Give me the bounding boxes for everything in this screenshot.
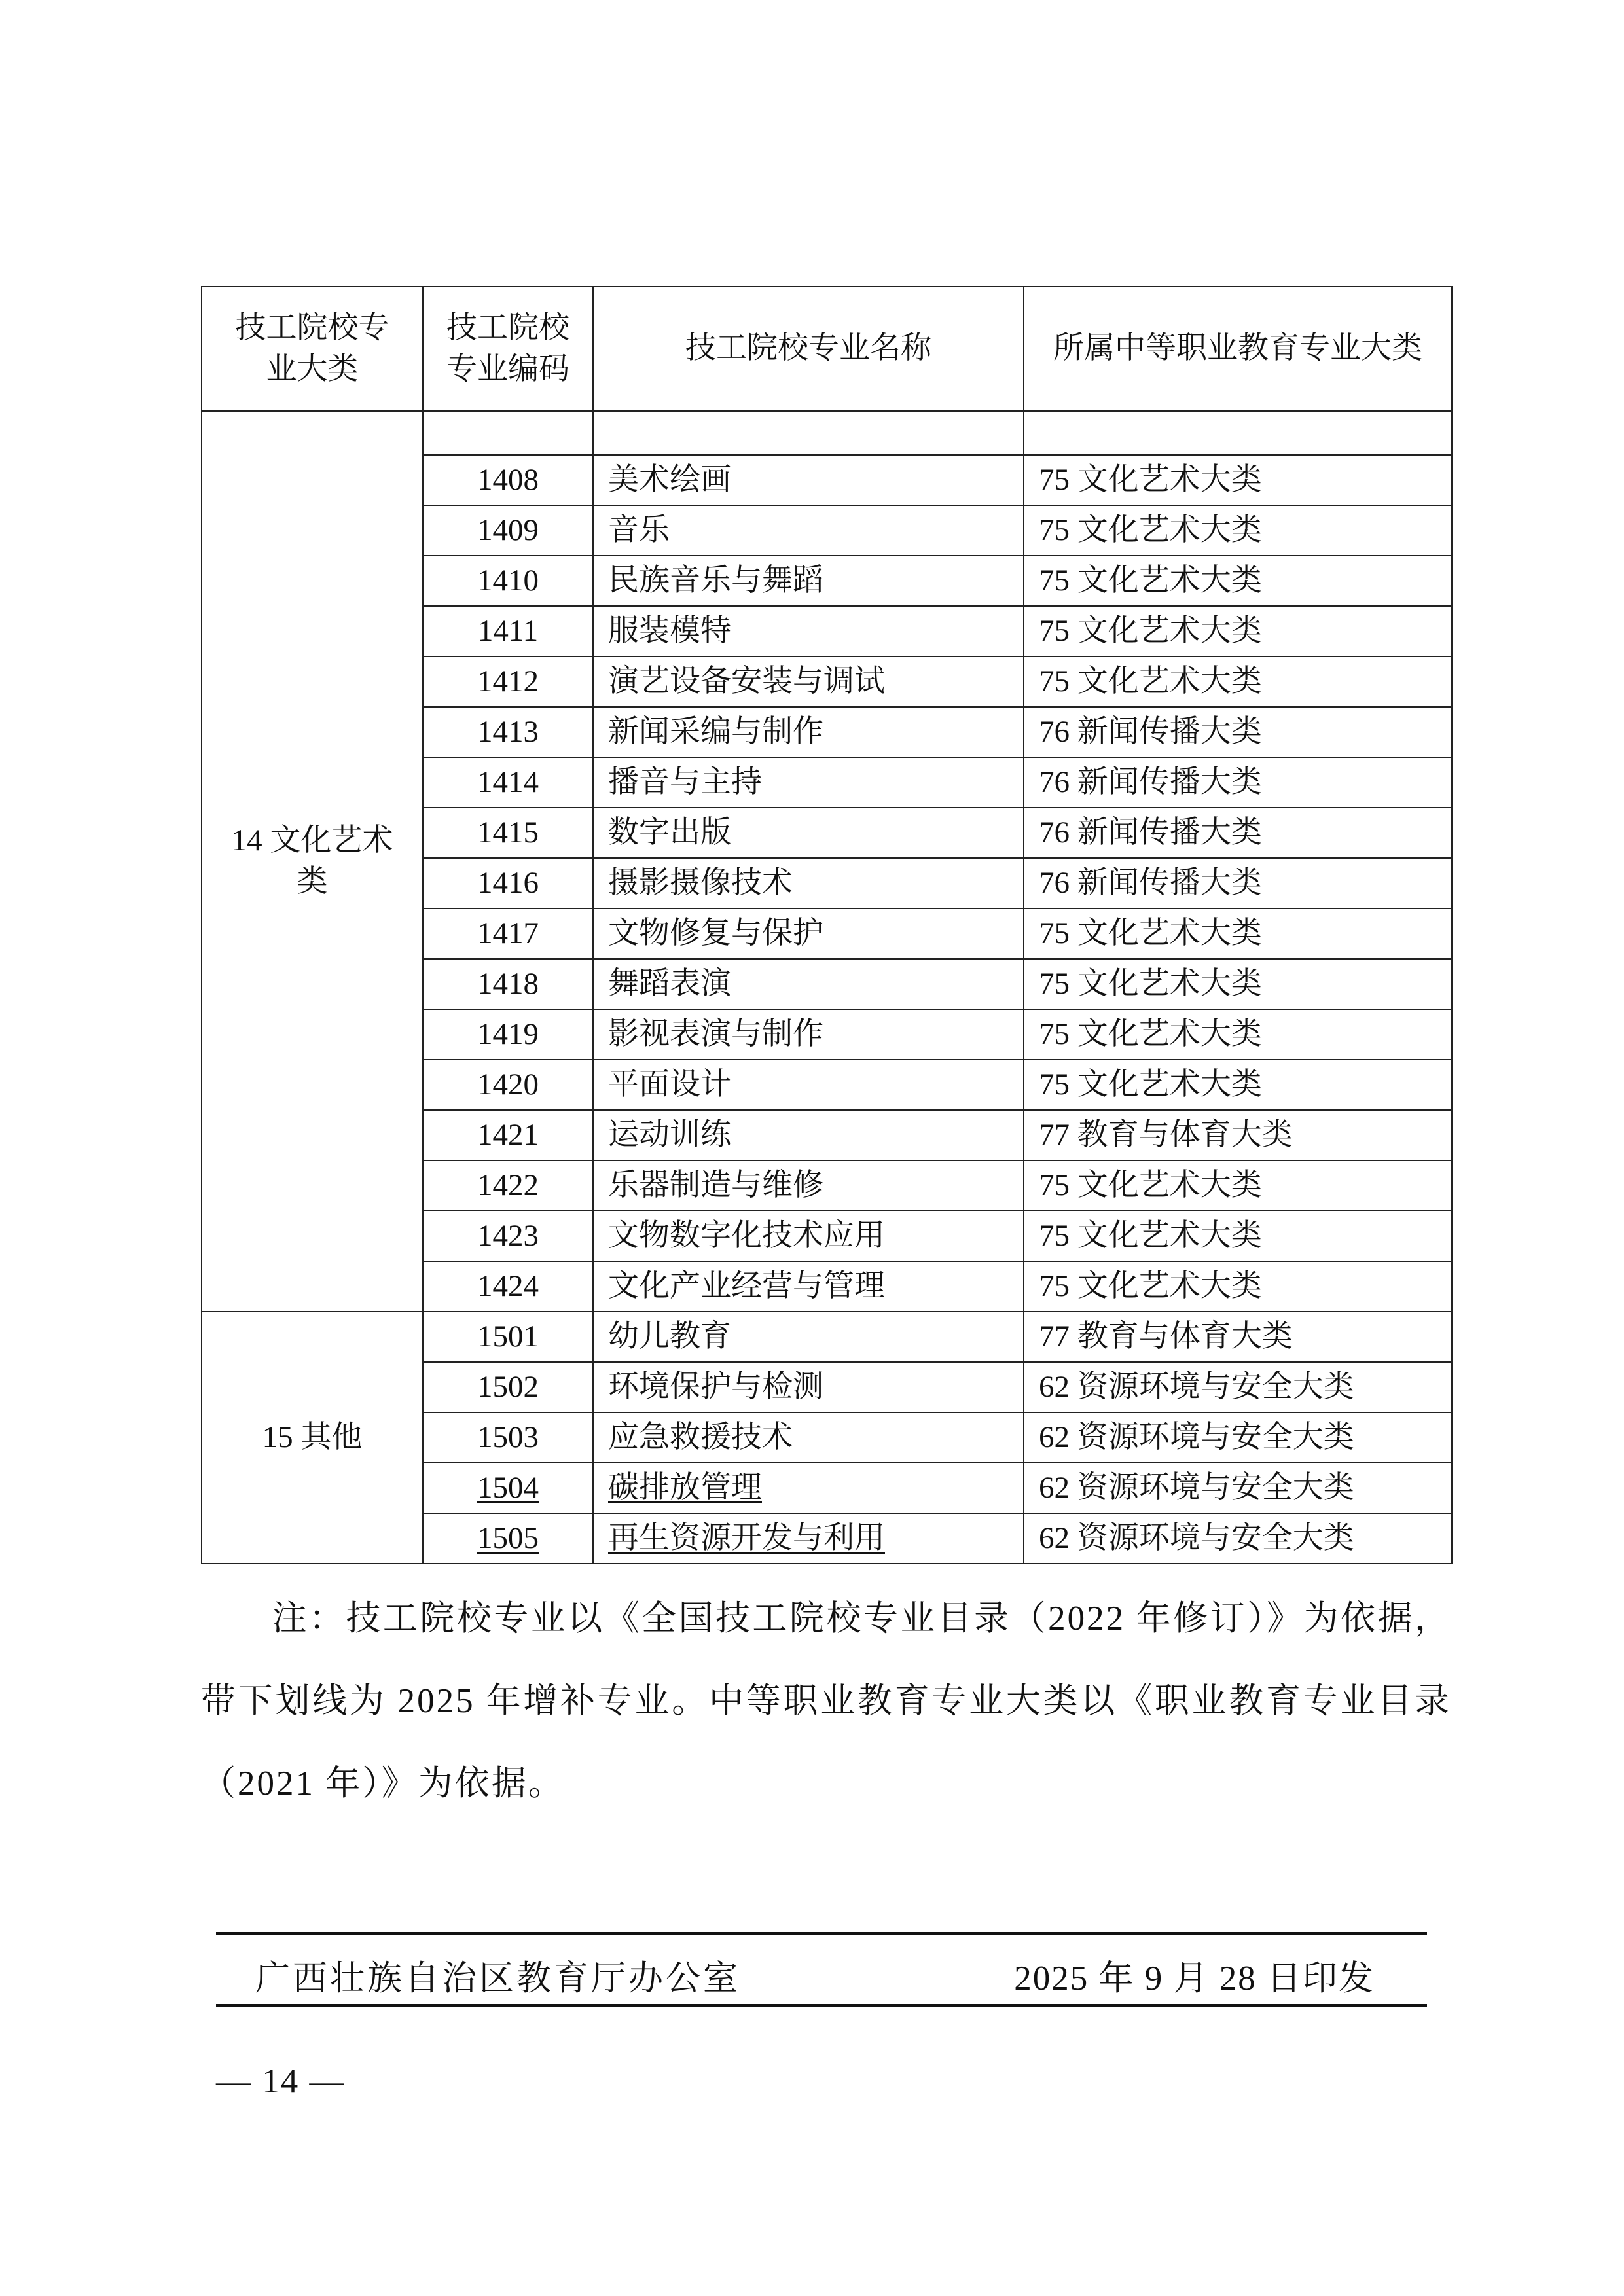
name-cell: 演艺设备安装与调试: [593, 656, 1024, 707]
issuing-organization: 广西壮族自治区教育厅办公室: [255, 1950, 740, 2000]
code-cell: 1423: [423, 1211, 593, 1261]
group-label: 15 其他: [221, 1417, 404, 1458]
name-cell: 乐器制造与维修: [593, 1160, 1024, 1211]
name-text: 幼儿教育: [608, 1319, 731, 1354]
majors-table: 技工院校专业大类 技工院校专业编码 技工院校专业名称 所属中等职业教育专业大类 …: [201, 286, 1453, 1564]
name-text: 应急救援技术: [608, 1420, 793, 1454]
category-text: 75 文化艺术大类: [1039, 1219, 1262, 1253]
category-text: 75 文化艺术大类: [1039, 664, 1262, 698]
footer-bottom-rule: [216, 2004, 1427, 2007]
name-text: 音乐: [608, 513, 670, 547]
category-cell: 75 文化艺术大类: [1024, 505, 1452, 556]
category-text: 76 新闻传播大类: [1039, 816, 1262, 850]
category-text: 62 资源环境与安全大类: [1039, 1471, 1354, 1505]
category-cell: 62 资源环境与安全大类: [1024, 1463, 1452, 1513]
code-text: 1419: [477, 1017, 539, 1051]
category-text: 75 文化艺术大类: [1039, 1269, 1262, 1303]
page-number: — 14 —: [216, 2062, 346, 2101]
code-text: 1417: [477, 916, 539, 950]
name-cell: 新闻采编与制作: [593, 707, 1024, 757]
header-code: 技工院校专业编码: [423, 287, 593, 411]
name-text: 新闻采编与制作: [608, 715, 823, 749]
table-header-row: 技工院校专业大类 技工院校专业编码 技工院校专业名称 所属中等职业教育专业大类: [202, 287, 1452, 411]
print-footer: 广西壮族自治区教育厅办公室 2025 年 9 月 28 日印发: [216, 1937, 1427, 2003]
code-text: 1504: [477, 1471, 539, 1505]
category-text: 75 文化艺术大类: [1039, 564, 1262, 598]
code-text: 1410: [477, 564, 539, 598]
group-cell: 15 其他: [202, 1312, 423, 1564]
name-cell: 摄影摄像技术: [593, 858, 1024, 908]
code-cell: 1412: [423, 656, 593, 707]
category-cell: 75 文化艺术大类: [1024, 1009, 1452, 1060]
code-text: 1412: [477, 664, 539, 698]
category-text: 77 教育与体育大类: [1039, 1118, 1293, 1152]
code-cell: 1416: [423, 858, 593, 908]
category-text: 75 文化艺术大类: [1039, 1168, 1262, 1202]
code-text: 1501: [477, 1319, 539, 1354]
name-cell: 应急救援技术: [593, 1412, 1024, 1463]
category-text: 75 文化艺术大类: [1039, 1067, 1262, 1102]
code-cell: 1410: [423, 556, 593, 606]
category-cell: 62 资源环境与安全大类: [1024, 1412, 1452, 1463]
code-cell: 1413: [423, 707, 593, 757]
category-cell: 62 资源环境与安全大类: [1024, 1513, 1452, 1564]
category-cell: 75 文化艺术大类: [1024, 959, 1452, 1009]
name-cell: 影视表演与制作: [593, 1009, 1024, 1060]
name-cell: 再生资源开发与利用: [593, 1513, 1024, 1564]
category-text: 62 资源环境与安全大类: [1039, 1370, 1354, 1404]
header-category: 所属中等职业教育专业大类: [1024, 287, 1452, 411]
code-text: 1411: [478, 614, 538, 648]
code-cell: 1419: [423, 1009, 593, 1060]
code-cell: 1420: [423, 1060, 593, 1110]
name-cell: 文化产业经营与管理: [593, 1261, 1024, 1312]
name-text: 演艺设备安装与调试: [608, 664, 885, 698]
code-text: 1505: [477, 1521, 539, 1555]
code-text: 1414: [477, 765, 539, 799]
name-cell: 数字出版: [593, 808, 1024, 858]
name-text: 环境保护与检测: [608, 1370, 823, 1404]
name-text: 文物修复与保护: [608, 916, 823, 950]
code-cell: 1505: [423, 1513, 593, 1564]
code-text: 1416: [477, 866, 539, 900]
name-text: 运动训练: [608, 1118, 731, 1152]
code-text: 1418: [477, 967, 539, 1001]
name-cell: 舞蹈表演: [593, 959, 1024, 1009]
name-text: 再生资源开发与利用: [608, 1521, 885, 1555]
category-text: 77 教育与体育大类: [1039, 1319, 1293, 1354]
code-text: 1408: [477, 463, 539, 497]
category-cell: 75 文化艺术大类: [1024, 1261, 1452, 1312]
code-text: 1502: [477, 1370, 539, 1404]
name-cell: 美术绘画: [593, 455, 1024, 505]
name-text: 服装模特: [608, 614, 731, 648]
name-cell: 音乐: [593, 505, 1024, 556]
name-cell: 平面设计: [593, 1060, 1024, 1110]
code-cell: 1414: [423, 757, 593, 808]
code-cell: 1504: [423, 1463, 593, 1513]
code-cell: 1502: [423, 1362, 593, 1412]
name-cell: 碳排放管理: [593, 1463, 1024, 1513]
category-text: 76 新闻传播大类: [1039, 765, 1262, 799]
code-cell: 1422: [423, 1160, 593, 1211]
category-text: 75 文化艺术大类: [1039, 967, 1262, 1001]
category-cell: 75 文化艺术大类: [1024, 1160, 1452, 1211]
category-cell: 76 新闻传播大类: [1024, 808, 1452, 858]
category-cell: 75 文化艺术大类: [1024, 556, 1452, 606]
category-text: 75 文化艺术大类: [1039, 513, 1262, 547]
name-text: 数字出版: [608, 816, 731, 850]
category-cell: 75 文化艺术大类: [1024, 606, 1452, 656]
code-cell: 1415: [423, 808, 593, 858]
table-row: 14 文化艺术类: [202, 411, 1452, 455]
footer-top-rule: [216, 1932, 1427, 1935]
group-label: 14 文化艺术类: [221, 820, 404, 903]
header-group: 技工院校专业大类: [202, 287, 423, 411]
code-text: 1420: [477, 1067, 539, 1102]
category-text: 76 新闻传播大类: [1039, 866, 1262, 900]
name-cell: [593, 411, 1024, 455]
name-text: 影视表演与制作: [608, 1017, 823, 1051]
table-body: 14 文化艺术类1408美术绘画75 文化艺术大类1409音乐75 文化艺术大类…: [202, 411, 1452, 1564]
code-text: 1424: [477, 1269, 539, 1303]
category-text: 76 新闻传播大类: [1039, 715, 1262, 749]
code-cell: 1417: [423, 908, 593, 959]
code-cell: 1411: [423, 606, 593, 656]
category-text: 75 文化艺术大类: [1039, 614, 1262, 648]
name-cell: 运动训练: [593, 1110, 1024, 1160]
group-cell: 14 文化艺术类: [202, 411, 423, 1312]
code-cell: 1418: [423, 959, 593, 1009]
category-cell: 75 文化艺术大类: [1024, 656, 1452, 707]
category-cell: [1024, 411, 1452, 455]
name-text: 平面设计: [608, 1067, 731, 1102]
name-cell: 播音与主持: [593, 757, 1024, 808]
code-text: 1503: [477, 1420, 539, 1454]
name-text: 文物数字化技术应用: [608, 1219, 885, 1253]
name-cell: 民族音乐与舞蹈: [593, 556, 1024, 606]
code-text: 1422: [477, 1168, 539, 1202]
name-text: 文化产业经营与管理: [608, 1269, 885, 1303]
name-text: 舞蹈表演: [608, 967, 731, 1001]
name-text: 民族音乐与舞蹈: [608, 564, 823, 598]
category-cell: 75 文化艺术大类: [1024, 1060, 1452, 1110]
category-cell: 62 资源环境与安全大类: [1024, 1362, 1452, 1412]
name-text: 播音与主持: [608, 765, 762, 799]
category-text: 75 文化艺术大类: [1039, 463, 1262, 497]
header-name: 技工院校专业名称: [593, 287, 1024, 411]
code-cell: 1501: [423, 1312, 593, 1362]
name-cell: 文物数字化技术应用: [593, 1211, 1024, 1261]
print-date: 2025 年 9 月 28 日印发: [1014, 1950, 1375, 2000]
category-text: 75 文化艺术大类: [1039, 1017, 1262, 1051]
code-cell: 1409: [423, 505, 593, 556]
code-text: 1421: [477, 1118, 539, 1152]
name-text: 摄影摄像技术: [608, 866, 793, 900]
code-text: 1423: [477, 1219, 539, 1253]
code-text: 1415: [477, 816, 539, 850]
name-text: 碳排放管理: [608, 1471, 762, 1505]
category-text: 62 资源环境与安全大类: [1039, 1420, 1354, 1454]
name-cell: 文物修复与保护: [593, 908, 1024, 959]
name-text: 乐器制造与维修: [608, 1168, 823, 1202]
name-cell: 环境保护与检测: [593, 1362, 1024, 1412]
category-cell: 75 文化艺术大类: [1024, 1211, 1452, 1261]
category-cell: 75 文化艺术大类: [1024, 455, 1452, 505]
category-cell: 77 教育与体育大类: [1024, 1312, 1452, 1362]
category-cell: 77 教育与体育大类: [1024, 1110, 1452, 1160]
code-cell: [423, 411, 593, 455]
name-cell: 幼儿教育: [593, 1312, 1024, 1362]
table-row: 15 其他1501幼儿教育77 教育与体育大类: [202, 1312, 1452, 1362]
name-text: 美术绘画: [608, 463, 731, 497]
code-cell: 1408: [423, 455, 593, 505]
category-cell: 76 新闻传播大类: [1024, 858, 1452, 908]
code-cell: 1424: [423, 1261, 593, 1312]
category-cell: 76 新闻传播大类: [1024, 757, 1452, 808]
category-text: 62 资源环境与安全大类: [1039, 1521, 1354, 1555]
category-text: 75 文化艺术大类: [1039, 916, 1262, 950]
name-cell: 服装模特: [593, 606, 1024, 656]
category-cell: 76 新闻传播大类: [1024, 707, 1452, 757]
footnote: 注：技工院校专业以《全国技工院校专业目录（2022 年修订）》为依据，带下划线为…: [201, 1577, 1451, 1825]
code-cell: 1421: [423, 1110, 593, 1160]
code-text: 1413: [477, 715, 539, 749]
code-cell: 1503: [423, 1412, 593, 1463]
code-text: 1409: [477, 513, 539, 547]
category-cell: 75 文化艺术大类: [1024, 908, 1452, 959]
